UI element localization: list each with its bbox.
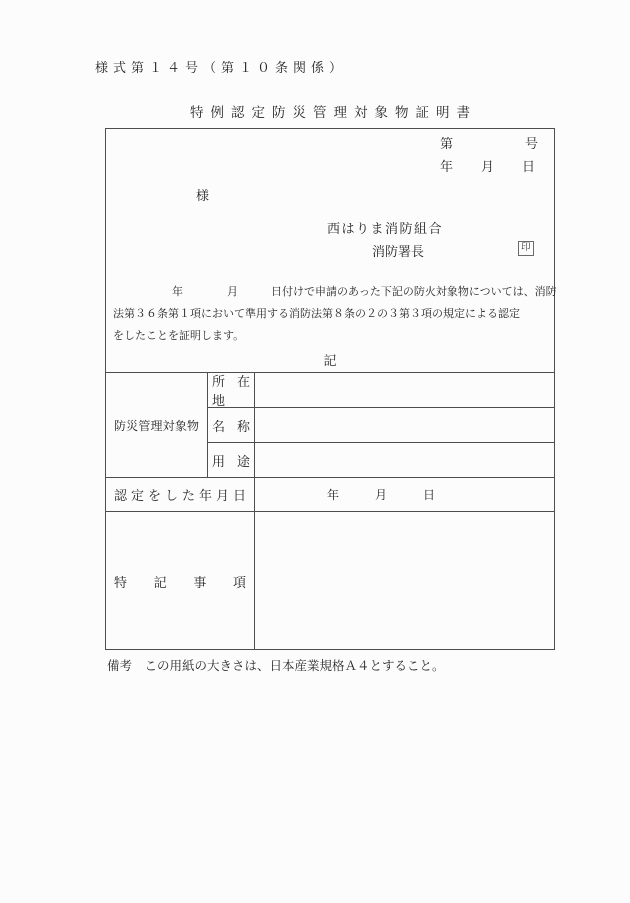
body-line-2: 法第３６条第１項において準用する消防法第８条の２の３第３項の規定による認定 [113, 303, 557, 325]
name-label: 名称 [208, 416, 254, 435]
form-number: 様式第１４号（第１０条関係） [95, 57, 347, 76]
location-label: 所在地 [208, 371, 254, 409]
body-line-1: 年 月 日付けで申請のあった下記の防火対象物については、消防 [113, 281, 557, 303]
date-day-label: 日 [522, 156, 535, 175]
certified-date-value: 年 月 日 [327, 486, 435, 503]
body-paragraph: 年 月 日付けで申請のあった下記の防火対象物については、消防 法第３６条第１項に… [113, 281, 557, 347]
table-cell-location-value [255, 373, 554, 408]
issue-date-line: 年 月 日 [440, 156, 535, 175]
issuer-organization: 西はりま消防組合 [327, 218, 443, 237]
body-line-3: をしたことを証明します。 [113, 325, 557, 347]
table-cell-name-label: 名称 [208, 408, 255, 443]
table-cell-certified-date-label: 認定をした年月日 [106, 478, 255, 512]
use-label: 用途 [208, 451, 254, 470]
details-table: 防災管理対象物 所在地 名称 用途 認定をした年月日 年 月 日 特記事項 [106, 372, 554, 650]
record-marker: 記 [105, 350, 555, 369]
document-number-line: 第 号 [440, 133, 538, 152]
table-cell-group-label: 防災管理対象物 [106, 373, 208, 478]
document-title: 特例認定防災管理対象物証明書 [105, 101, 555, 121]
table-cell-use-label: 用途 [208, 443, 255, 478]
remarks-note: 備考 この用紙の大きさは、日本産業規格Ａ４とすること。 [107, 656, 445, 674]
issuer-title: 消防署長 [372, 241, 424, 260]
table-cell-certified-date-value: 年 月 日 [255, 478, 554, 512]
doc-number-prefix: 第 [440, 133, 453, 152]
date-month-label: 月 [481, 156, 494, 175]
addressee-honorific: 様 [196, 185, 209, 204]
table-cell-location-label: 所在地 [208, 373, 255, 408]
certified-date-label: 認定をした年月日 [106, 485, 254, 504]
table-cell-use-value [255, 443, 554, 478]
doc-number-suffix: 号 [525, 133, 538, 152]
table-cell-name-value [255, 408, 554, 443]
date-year-label: 年 [440, 156, 453, 175]
seal-mark: 印 [518, 241, 534, 256]
table-cell-special-notes-label: 特記事項 [106, 512, 255, 650]
table-cell-special-notes-value [255, 512, 554, 650]
special-notes-label: 特記事項 [106, 572, 254, 591]
group-label: 防災管理対象物 [106, 417, 207, 434]
